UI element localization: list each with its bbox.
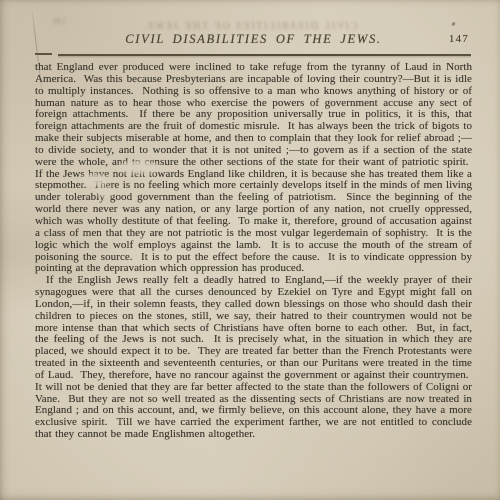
paragraph-1: that England ever produced were inclined… bbox=[35, 62, 472, 275]
header-rule-line bbox=[58, 54, 471, 56]
page-header: CIVIL DISABILITIES OF THE JEWS. 147 bbox=[35, 30, 472, 48]
running-title: CIVIL DISABILITIES OF THE JEWS. bbox=[125, 32, 381, 46]
page-number: 147 bbox=[449, 33, 469, 45]
ink-speck bbox=[451, 22, 455, 27]
header-rule-dash bbox=[35, 53, 52, 55]
ghost-showthrough-page-number: 146 bbox=[53, 16, 67, 26]
paragraph-2: If the English Jews really felt a deadly… bbox=[35, 275, 472, 441]
scanned-book-page: CIVIL DISABILITIES OF THE JEWS. 146 CIVI… bbox=[0, 0, 500, 500]
body-text: that England ever produced were inclined… bbox=[35, 62, 472, 441]
header-rule bbox=[35, 54, 471, 56]
